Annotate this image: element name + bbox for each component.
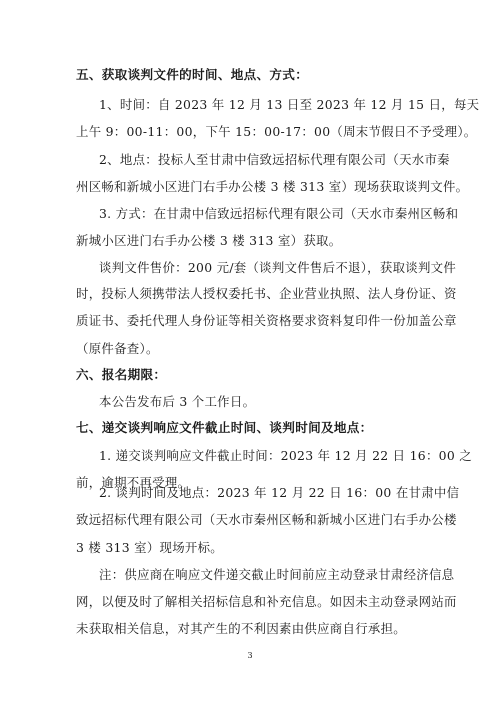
- paragraph-line: 3. 方式：在甘肃中信致远招标代理有限公司（天水市秦州区畅和: [99, 206, 449, 222]
- paragraph-line: 本公告发布后 3 个工作日。: [99, 394, 449, 410]
- section-heading-5: 五、获取谈判文件的时间、地点、方式：: [76, 67, 426, 83]
- document-page: 五、获取谈判文件的时间、地点、方式： 1、时间：自 2023 年 12 月 13…: [0, 0, 500, 706]
- paragraph-line: 1. 递交谈判响应文件截止时间：2023 年 12 月 22 日 16：00 之: [99, 448, 449, 464]
- paragraph-line: 时，投标人须携带法人授权委托书、企业营业执照、法人身份证、资: [76, 286, 426, 302]
- paragraph-line: 未获取相关信息，对其产生的不利因素由供应商自行承担。: [76, 621, 426, 637]
- paragraph-line: 质证书、委托代理人身份证等相关资格要求资料复印件一份加盖公章: [76, 313, 426, 329]
- paragraph-line: 致远招标代理有限公司（天水市秦州区畅和新城小区进门右手办公楼: [76, 512, 426, 528]
- paragraph-line: 网，以便及时了解相关招标信息和补充信息。如因未主动登录网站而: [76, 594, 426, 610]
- paragraph-line: 2. 谈判时间及地点：2023 年 12 月 22 日 16：00 在甘肃中信: [99, 485, 449, 501]
- paragraph-line: （原件备查）。: [76, 341, 426, 357]
- paragraph-line: 1、时间：自 2023 年 12 月 13 日至 2023 年 12 月 15 …: [99, 97, 449, 113]
- paragraph-line: 3 楼 313 室）现场开标。: [76, 540, 426, 556]
- paragraph-line: 州区畅和新城小区进门右手办公楼 3 楼 313 室）现场获取谈判文件。: [76, 179, 426, 195]
- paragraph-line: 新城小区进门右手办公楼 3 楼 313 室）获取。: [76, 233, 426, 249]
- section-heading-6: 六、报名期限：: [76, 367, 426, 383]
- paragraph-line: 2、地点：投标人至甘肃中信致远招标代理有限公司（天水市秦: [99, 152, 449, 168]
- section-heading-7: 七、递交谈判响应文件截止时间、谈判时间及地点：: [76, 420, 426, 436]
- page-number: 3: [0, 651, 500, 660]
- paragraph-line: 上午 9：00-11：00，下午 15：00-17：00（周末节假日不予受理）。: [76, 124, 426, 140]
- paragraph-line: 注：供应商在响应文件递交截止时间前应主动登录甘肃经济信息: [99, 567, 449, 583]
- paragraph-line: 谈判文件售价：200 元/套（谈判文件售后不退），获取谈判文件: [99, 260, 449, 276]
